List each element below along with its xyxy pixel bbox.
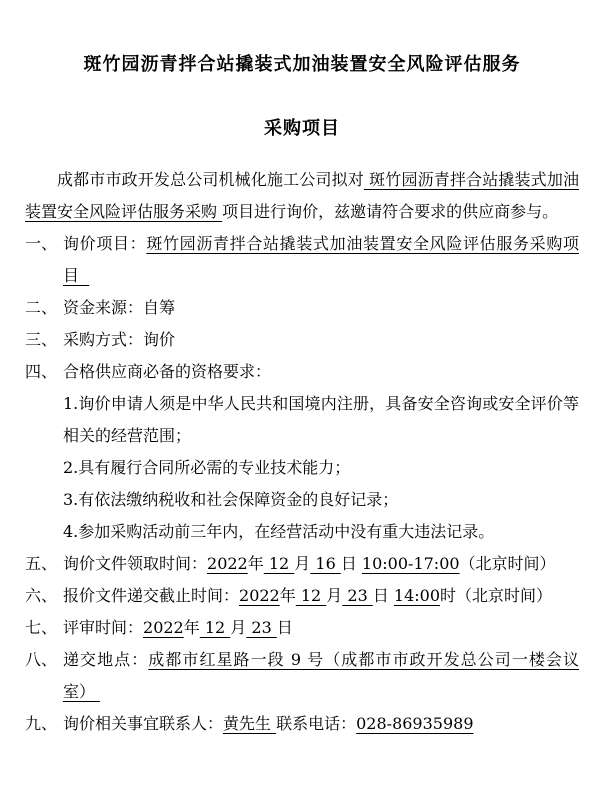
field-text: 月 [294, 554, 310, 573]
list-item-procurement-method: 三、 采购方式：询价 [25, 324, 579, 356]
filled-value: 14:00 [394, 586, 440, 605]
field-text: 资金来源：自筹 [63, 298, 175, 317]
sub-requirement-1: 1.询价申请人须是中华人民共和国境内注册，具备安全咨询或安全评价等相关的经营范围… [63, 388, 579, 452]
field-text: 报价文件递交截止时间： [63, 586, 239, 605]
field-text: 评审时间： [63, 618, 143, 637]
list-item-submission-address: 八、 递交地点：成都市红星路一段 9 号（成都市市政开发总公司一楼会议室） [25, 644, 579, 708]
item-number: 九、 [25, 708, 63, 740]
filled-value: 12 [264, 554, 295, 573]
filled-value: 12 [200, 618, 231, 637]
filled-value: 10:00-17:00 [362, 554, 460, 573]
field-text: 年 [280, 586, 296, 605]
field-text: 询价项目： [63, 234, 146, 253]
item-number: 三、 [25, 324, 63, 356]
list-item-contact-person: 九、 询价相关事宜联系人：黄先生 联系电话：028-86935989 [25, 708, 579, 740]
item-content: 报价文件递交截止时间：2022年 12 月 23 日 14:00时（北京时间） [63, 580, 579, 612]
list-item-submission-deadline: 六、 报价文件递交截止时间：2022年 12 月 23 日 14:00时（北京时… [25, 580, 579, 612]
item-content: 询价相关事宜联系人：黄先生 联系电话：028-86935989 [63, 708, 579, 740]
list-item-inquiry-project: 一、 询价项目：斑竹园沥青拌合站撬装式加油装置安全风险评估服务采购项目 [25, 228, 579, 292]
item-content: 评审时间：2022年 12 月 23 日 [63, 612, 579, 644]
field-text: 月 [326, 586, 342, 605]
item-content: 资金来源：自筹 [63, 292, 579, 324]
item-number: 二、 [25, 292, 63, 324]
field-text: 日 [373, 586, 394, 605]
list-item-supplier-qualifications: 四、 合格供应商必备的资格要求： [25, 356, 579, 388]
field-text: （北京时间） [460, 554, 556, 573]
field-text: 询价相关事宜联系人： [63, 714, 223, 733]
field-text: 递交地点： [63, 650, 148, 669]
item-number: 一、 [25, 228, 63, 260]
field-text: 采购方式：询价 [63, 330, 175, 349]
list-item-review-time: 七、 评审时间：2022年 12 月 23 日 [25, 612, 579, 644]
list-item-document-collection-time: 五、 询价文件领取时间：2022年 12 月 16 日 10:00-17:00（… [25, 548, 579, 580]
filled-value: 2022 [143, 618, 184, 637]
document-subtitle: 采购项目 [25, 116, 579, 142]
filled-value: 12 [296, 586, 327, 605]
item-number: 四、 [25, 356, 63, 388]
filled-value: 16 [310, 554, 341, 573]
sub-requirement-3: 3.有依法缴纳税收和社会保障资金的良好记录； [63, 484, 579, 516]
filled-value: 23 [342, 586, 373, 605]
item-number: 五、 [25, 548, 63, 580]
field-text: 年 [248, 554, 264, 573]
sub-requirement-2: 2.具有履行合同所必需的专业技术能力； [63, 452, 579, 484]
intro-paragraph: 成都市市政开发总公司机械化施工公司拟对 斑竹园沥青拌合站撬装式加油装置安全风险评… [25, 164, 579, 228]
field-text: 项目进行询价，兹邀请符合要求的供应商参与。 [222, 202, 558, 221]
filled-value: 黄先生 [223, 714, 276, 733]
item-content: 递交地点：成都市红星路一段 9 号（成都市市政开发总公司一楼会议室） [63, 644, 579, 708]
sub-requirement-4: 4.参加采购活动前三年内，在经营活动中没有重大违法记录。 [63, 516, 579, 548]
field-text: 月 [230, 618, 246, 637]
item-number: 八、 [25, 644, 63, 676]
document-page: 斑竹园沥青拌合站撬装式加油装置安全风险评估服务 采购项目 成都市市政开发总公司机… [0, 0, 604, 785]
field-text: 时（北京时间） [440, 586, 552, 605]
field-text: 询价文件领取时间： [63, 554, 207, 573]
field-text: 日 [277, 618, 293, 637]
field-text: 日 [341, 554, 362, 573]
field-text: 成都市市政开发总公司机械化施工公司拟对 [57, 170, 364, 189]
item-content: 采购方式：询价 [63, 324, 579, 356]
field-text: 联系电话： [276, 714, 356, 733]
field-text: 年 [184, 618, 200, 637]
field-text: 合格供应商必备的资格要求： [63, 362, 271, 381]
filled-value: 2022 [207, 554, 248, 573]
item-number: 六、 [25, 580, 63, 612]
item-content: 询价文件领取时间：2022年 12 月 16 日 10:00-17:00（北京时… [63, 548, 579, 580]
item-content: 询价项目：斑竹园沥青拌合站撬装式加油装置安全风险评估服务采购项目 [63, 228, 579, 292]
item-content: 合格供应商必备的资格要求： [63, 356, 579, 388]
list-item-funding-source: 二、 资金来源：自筹 [25, 292, 579, 324]
document-title: 斑竹园沥青拌合站撬装式加油装置安全风险评估服务 [25, 52, 579, 78]
filled-value: 028-86935989 [356, 714, 473, 733]
item-number: 七、 [25, 612, 63, 644]
filled-value: 23 [246, 618, 277, 637]
filled-value: 2022 [239, 586, 280, 605]
